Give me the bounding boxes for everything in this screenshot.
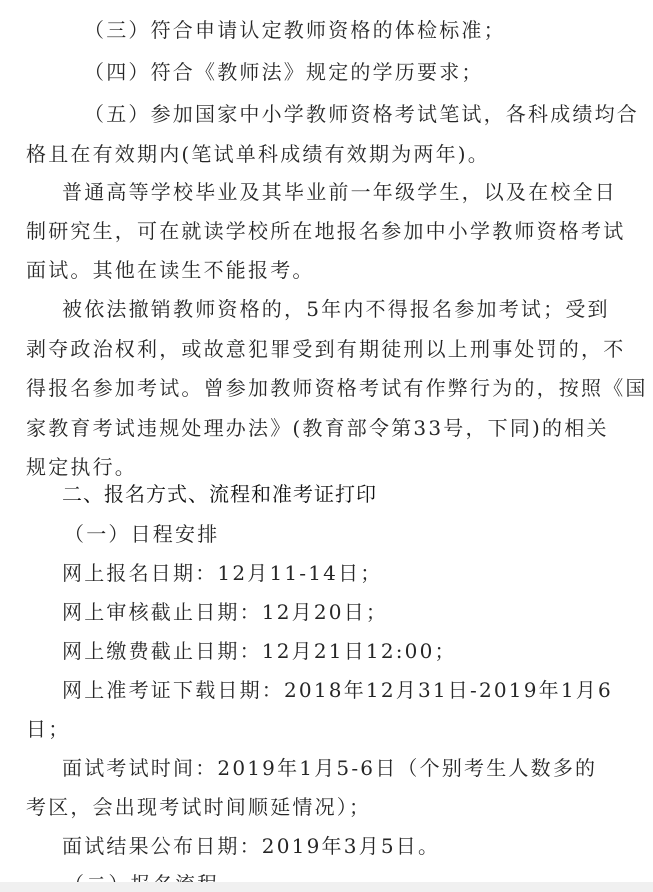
schedule-item: 考区，会出现考试时间顺延情况）； <box>26 795 371 819</box>
schedule-item: 网上缴费截止日期：12月21日12:00； <box>62 639 457 663</box>
paragraph-line: 被依法撤销教师资格的，5年内不得报名参加考试；受到 <box>62 297 610 321</box>
paragraph-line: 普通高等学校毕业及其毕业前一年级学生，以及在校全日 <box>62 180 617 204</box>
schedule-item: 日； <box>26 717 70 741</box>
section-heading: 二、报名方式、流程和准考证打印 <box>62 482 377 506</box>
document-page: （三）符合申请认定教师资格的体检标准； （四）符合《教师法》规定的学历要求； （… <box>0 0 653 882</box>
schedule-item: 网上报名日期：12月11-14日； <box>62 561 383 585</box>
paragraph-line: 规定执行。 <box>26 455 137 479</box>
schedule-item: 面试结果公布日期：2019年3月5日。 <box>62 834 440 858</box>
paragraph-line: 面试。其他在读生不能报考。 <box>26 258 315 282</box>
schedule-item: 网上准考证下载日期：2018年12月31日-2019年1月6 <box>62 678 613 702</box>
paragraph-line: 得报名参加考试。曾参加教师资格考试有作弊行为的，按照《国 <box>26 376 648 400</box>
paragraph-line: 格且在有效期内(笔试单科成绩有效期为两年)。 <box>26 142 490 166</box>
paragraph-line: （五）参加国家中小学教师资格考试笔试，各科成绩均合 <box>84 102 639 126</box>
paragraph-line: 剥夺政治权利，或故意犯罪受到有期徒刑以上刑事处罚的，不 <box>26 337 625 361</box>
schedule-item: 网上审核截止日期：12月20日； <box>62 600 388 624</box>
paragraph-line: （四）符合《教师法》规定的学历要求； <box>84 60 484 84</box>
schedule-item: 面试考试时间：2019年1月5-6日（个别考生人数多的 <box>62 756 597 780</box>
paragraph-line: 家教育考试违规处理办法》(教育部令第33号，下同)的相关 <box>26 416 609 440</box>
bottom-gray-bar <box>0 882 653 892</box>
paragraph-line: （三）符合申请认定教师资格的体检标准； <box>84 18 506 42</box>
paragraph-line: 制研究生，可在就读学校所在地报名参加中小学教师资格考试 <box>26 219 625 243</box>
subsection-heading: （一）日程安排 <box>64 522 219 546</box>
